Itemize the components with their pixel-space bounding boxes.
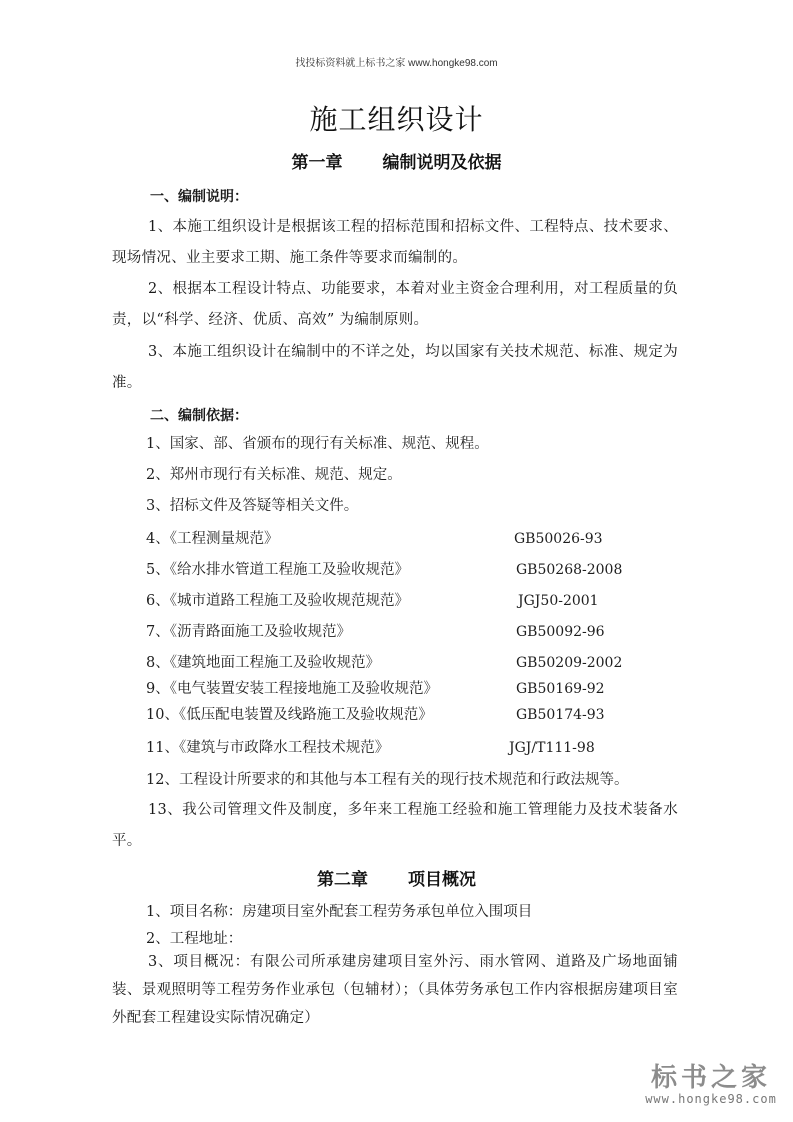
chapter-2-title: 项目概况: [408, 870, 476, 890]
basis-item-3: 3、招标文件及答疑等相关文件。: [146, 490, 358, 522]
paragraph-2: 2、根据本工程设计特点、功能要求，本着对业主资金合理利用，对工程质量的负责，以“…: [112, 274, 678, 336]
standard-code: GB50026-93: [514, 523, 603, 555]
basis-item-1: 1、国家、部、省颁布的现行有关标准、规范、规程。: [146, 428, 489, 460]
standard-label: 10、《低压配电装置及线路施工及验收规范》: [146, 699, 433, 731]
standard-label: 11、《建筑与市政降水工程技术规范》: [146, 732, 389, 764]
standard-label: 6、《城市道路工程施工及验收规范规范》: [146, 585, 409, 617]
chapter-1-number: 第一章: [292, 153, 343, 173]
footer-logo: 标书之家 www.hongke98.com: [641, 1064, 781, 1106]
logo-url: www.hongke98.com: [641, 1092, 781, 1106]
chapter-1-heading: 第一章编制说明及依据: [0, 148, 793, 173]
header-watermark: 找投标资料就上标书之家 www.hongke98.com: [0, 54, 793, 69]
project-overview: 3、项目概况：有限公司所承建房建项目室外污、雨水管网、道路及广场地面铺装、景观照…: [112, 948, 678, 1032]
standard-code: GB50174-93: [516, 699, 605, 731]
standard-code: GB50268-2008: [516, 554, 622, 586]
standard-label: 4、《工程测量规范》: [146, 523, 278, 555]
basis-item-2: 2、郑州市现行有关标准、规范、规定。: [146, 459, 402, 491]
basis-item-13: 13、我公司管理文件及制度，多年来工程施工经验和施工管理能力及技术装备水平。: [112, 795, 678, 857]
basis-item-12: 12、工程设计所要求的和其他与本工程有关的现行技术规范和行政法规等。: [146, 764, 628, 796]
chapter-1-title: 编制说明及依据: [383, 153, 502, 173]
logo-title: 标书之家: [641, 1064, 781, 1092]
chapter-2-number: 第二章: [317, 870, 368, 890]
standard-label: 7、《沥青路面施工及验收规范》: [146, 616, 351, 648]
standard-label: 5、《给水排水管道工程施工及验收规范》: [146, 554, 409, 586]
paragraph-3: 3、本施工组织设计在编制中的不详之处，均以国家有关技术规范、标准、规定为准。: [112, 337, 678, 399]
standard-code: JGJ/T111-98: [509, 732, 595, 764]
standard-code: JGJ50-2001: [518, 585, 599, 617]
section-2-heading: 二、编制依据：: [150, 405, 248, 425]
standard-code: GB50092-96: [516, 616, 605, 648]
document-title: 施工组织设计: [0, 98, 793, 138]
section-1-heading: 一、编制说明：: [150, 186, 248, 206]
chapter-2-heading: 第二章项目概况: [0, 865, 793, 890]
paragraph-1: 1、本施工组织设计是根据该工程的招标范围和招标文件、工程特点、技术要求、现场情况…: [112, 212, 678, 274]
